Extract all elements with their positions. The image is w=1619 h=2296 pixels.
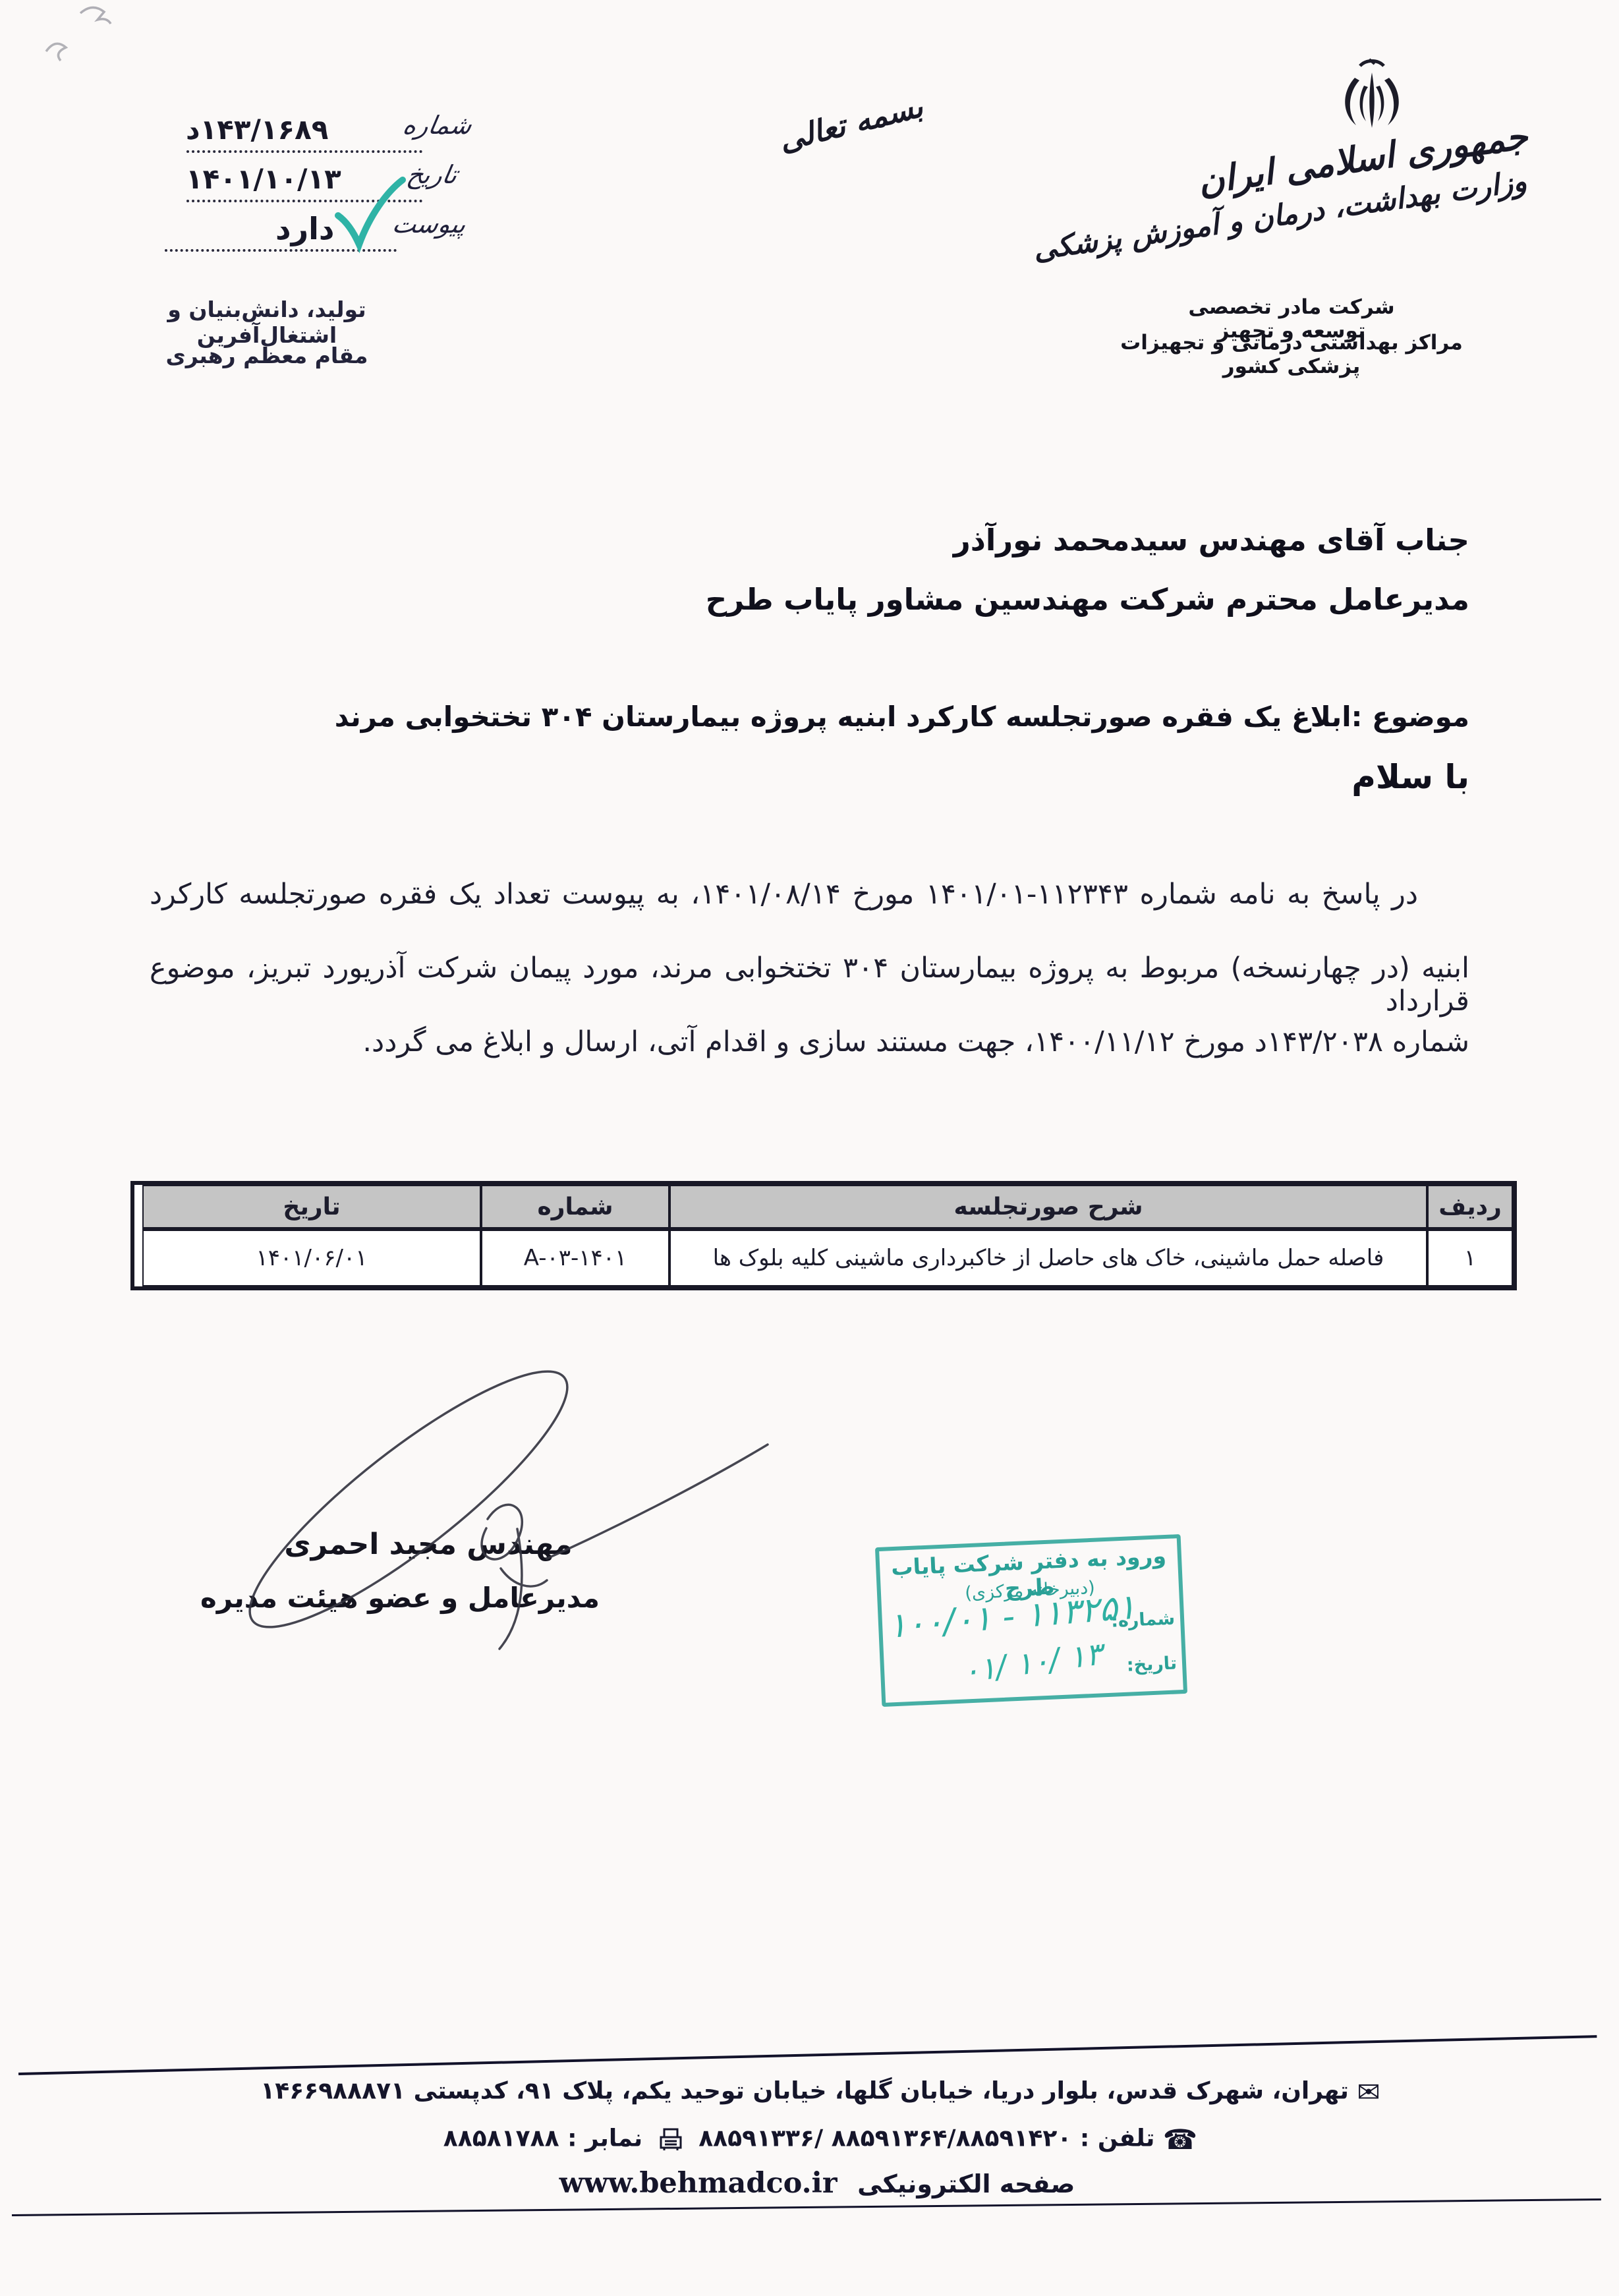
footer-address-line: ✉ تهران، شهرک قدس، بلوار دریا، خیابان گل… [198,2076,1443,2108]
footer-bottom-rule [12,2198,1601,2216]
stamp-date-handwriting: ۰۱/ ۱۰/ ۱۳ [938,1633,1126,1693]
table-row-description-cell: فاصله حمل ماشینی، خاک های حاصل از خاکبرد… [669,1230,1427,1286]
footer-fax-label: نمابر : [559,2125,643,2152]
stamp-date-label: تاریخ: [1126,1653,1177,1675]
handwritten-signature [191,1331,797,1674]
dotted-leader [186,150,422,153]
table-header-description: شرح صورتجلسه [669,1185,1427,1230]
recipient-name: جناب آقای مهندس سیدمحمد نورآذر [953,523,1469,558]
subject-line: موضوع :ابلاغ یک فقره صورتجلسه کارکرد ابن… [335,701,1469,733]
envelope-icon: ✉ [1357,2076,1380,2108]
salutation: با سلام [1351,758,1469,796]
body-paragraph-line2: ابنیه (در چهارنسخه) مربوط به پروژه بیمار… [150,952,1469,1018]
footer-web-url: www.behmadco.ir [559,2167,838,2200]
office-entry-stamp: ورود به دفتر شرکت پایاب طرح (دبیرخانه مر… [875,1534,1187,1707]
year-slogan-line2: مقام معظم رهبری [125,343,409,368]
letterhead-org-line2: مراکز بهداشتی درمانی و تجهیزات پزشکی کشو… [1120,331,1463,378]
footer-fax-number: ۸۸۵۸۱۷۸۸ [443,2125,559,2152]
footer-phone-label: تلفن : [1071,2125,1154,2152]
body-paragraph-line1: در پاسخ به نامه شماره ۱۱۲۳۴۳-۱۴۰۱/۰۱ مور… [150,878,1469,911]
table-header-row-number: ردیف [1427,1185,1513,1230]
letter-date-value: ۱۴۰۱/۱۰/۱۳ [186,163,341,195]
body-paragraph-line3: شماره ۱۴۳/۲۰۳۸د مورخ ۱۴۰۰/۱۱/۱۲، جهت مست… [150,1025,1469,1058]
recipient-title: مدیرعامل محترم شرکت مهندسین مشاور پایاب … [706,582,1469,617]
scanned-letter-page: { "meta_box": { "number_label": "شماره",… [0,0,1619,2296]
pencil-scribble-artifact [26,0,145,72]
reference-number-label: شماره [401,111,474,140]
footer-address-text: تهران، شهرک قدس، بلوار دریا، خیابان گلها… [260,2078,1349,2105]
footer-top-rule [18,2035,1597,2075]
letter-date-label: تاریخ [405,160,459,189]
minutes-table: ردیف شرح صورتجلسه شماره تاریخ ۱ فاصله حم… [130,1181,1517,1290]
besmellah: بسمه تعالی [776,88,926,158]
footer-phone-numbers: ۸۸۵۹۱۳۳۶/ ۸۸۵۹۱۳۶۴/۸۸۵۹۱۴۲۰ [698,2125,1071,2152]
teal-checkmark-icon [333,175,409,260]
footer-web-label: صفحه الکترونیکی [857,2169,1075,2198]
footer-phone-line: ☎ تلفن : ۸۸۵۹۱۳۳۶/ ۸۸۵۹۱۳۶۴/۸۸۵۹۱۴۲۰ نما… [316,2123,1324,2156]
attachment-value: دارد [275,211,334,246]
phone-icon: ☎ [1163,2123,1197,2156]
table-header-date: تاریخ [142,1185,481,1230]
fax-icon [658,2127,684,2152]
table-row-date-cell: ۱۴۰۱/۰۶/۰۱ [142,1230,481,1286]
table-row-number-cell: ۱ [1427,1230,1513,1286]
year-slogan-line1: تولید، دانش‌بنیان و اشتغال‌آفرین [125,297,409,348]
iran-emblem-icon [1336,57,1407,134]
footer-web-line: صفحه الکترونیکی www.behmadco.ir [521,2167,1114,2200]
table-row-number-value: A-۰۳-۱۴۰۱ [524,1245,627,1271]
reference-number-value: ۱۴۳/۱۶۸۹د [186,113,328,146]
table-header-number: شماره [481,1185,669,1230]
